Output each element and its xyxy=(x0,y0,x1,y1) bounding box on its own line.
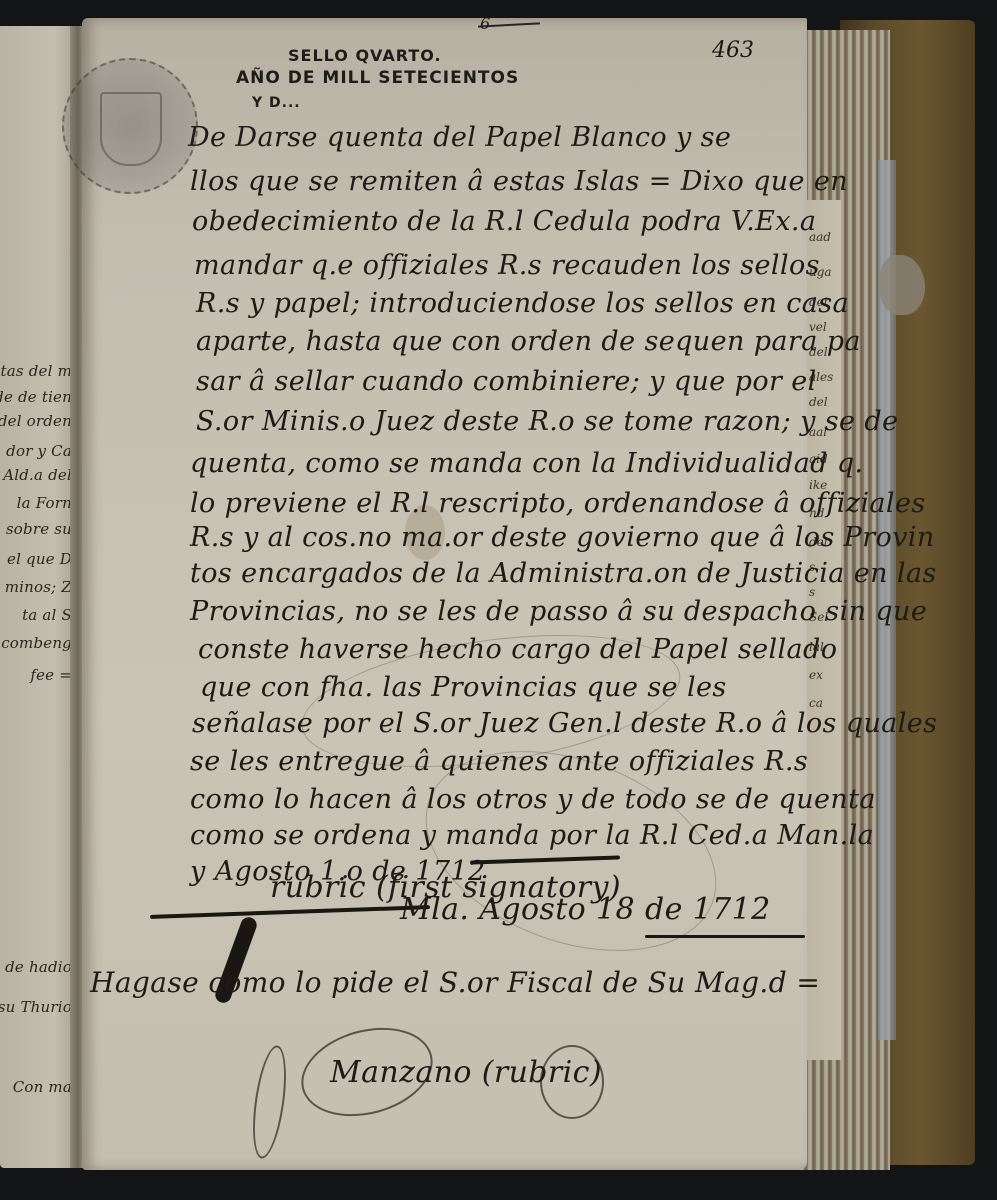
left-page-line: ta al S xyxy=(22,606,72,624)
margin-fragment: ex xyxy=(809,668,823,682)
left-page-line: de hadio xyxy=(5,958,72,976)
text-line: quenta, como se manda con la Individuali… xyxy=(190,448,864,479)
text-line: llos que se remiten â estas Islas = Dixo… xyxy=(190,166,848,197)
stamp-line-1: SELLO QVARTO. xyxy=(288,46,442,65)
left-page: tas del m de de tien del orden dor y Ca … xyxy=(0,26,78,1168)
left-page-line: la Forn xyxy=(17,494,72,512)
text-line: lo previene el R.l rescripto, ordenandos… xyxy=(190,488,926,519)
top-mark: 6 xyxy=(480,14,490,33)
left-page-line: tas del m xyxy=(0,362,72,380)
left-page-line: combeng xyxy=(1,634,72,652)
left-page-line: Con ma xyxy=(13,1078,72,1096)
text-line: mandar q.e offiziales R.s recauden los s… xyxy=(194,250,820,281)
text-line: R.s y al cos.no ma.or deste govierno que… xyxy=(190,522,935,553)
text-line: Provincias, no se les de passo â su desp… xyxy=(190,596,927,627)
text-line: S.or Minis.o Juez deste R.o se tome razo… xyxy=(196,406,898,437)
signature-underline xyxy=(645,935,805,938)
coat-of-arms-icon xyxy=(100,92,162,166)
left-page-line: fee = xyxy=(30,666,72,684)
left-page-line: minos; Z xyxy=(5,578,72,596)
text-line: que con fha. las Provincias que se les xyxy=(200,672,727,703)
left-page-line: sobre su xyxy=(6,520,72,538)
text-line: tos encargados de la Administra.on de Ju… xyxy=(190,558,937,589)
folio-number: 463 xyxy=(712,38,754,63)
text-line: se les entregue â quienes ante offiziale… xyxy=(190,746,808,777)
left-page-line: de de tien xyxy=(0,388,72,406)
stamp-line-3: Y D... xyxy=(252,95,301,111)
left-page-line: Ald.a del xyxy=(3,466,72,484)
stamp-line-2: AÑO DE MILL SETECIENTOS xyxy=(236,68,519,88)
left-page-line: del orden xyxy=(0,412,72,430)
left-page-line: el que D xyxy=(7,550,72,568)
left-page-line: su Thurio xyxy=(0,998,72,1016)
text-line: sar â sellar cuando combiniere; y que po… xyxy=(196,366,817,397)
text-line: señalase por el S.or Juez Gen.l deste R.… xyxy=(192,708,937,739)
text-line: conste haverse hecho cargo del Papel sel… xyxy=(198,634,837,665)
text-line: obedecimiento de la R.l Cedula podra V.E… xyxy=(192,206,816,237)
text-line: como lo hacen â los otros y de todo se d… xyxy=(190,784,876,815)
royal-seal-stamp-icon xyxy=(62,58,198,194)
final-signature: Manzano (rubric) xyxy=(330,1055,602,1090)
text-line: como se ordena y manda por la R.l Ced.a … xyxy=(190,820,874,851)
decree-line: Hagase como lo pide el S.or Fiscal de Su… xyxy=(90,966,820,999)
signature-date: Mla. Agosto 18 de 1712 xyxy=(400,892,771,927)
text-line: De Darse quenta del Papel Blanco y se xyxy=(188,122,731,153)
left-page-line: dor y Ca xyxy=(6,442,72,460)
text-line: R.s y papel; introduciendose los sellos … xyxy=(196,288,849,319)
text-line: aparte, hasta que con orden de sequen pa… xyxy=(196,326,861,357)
